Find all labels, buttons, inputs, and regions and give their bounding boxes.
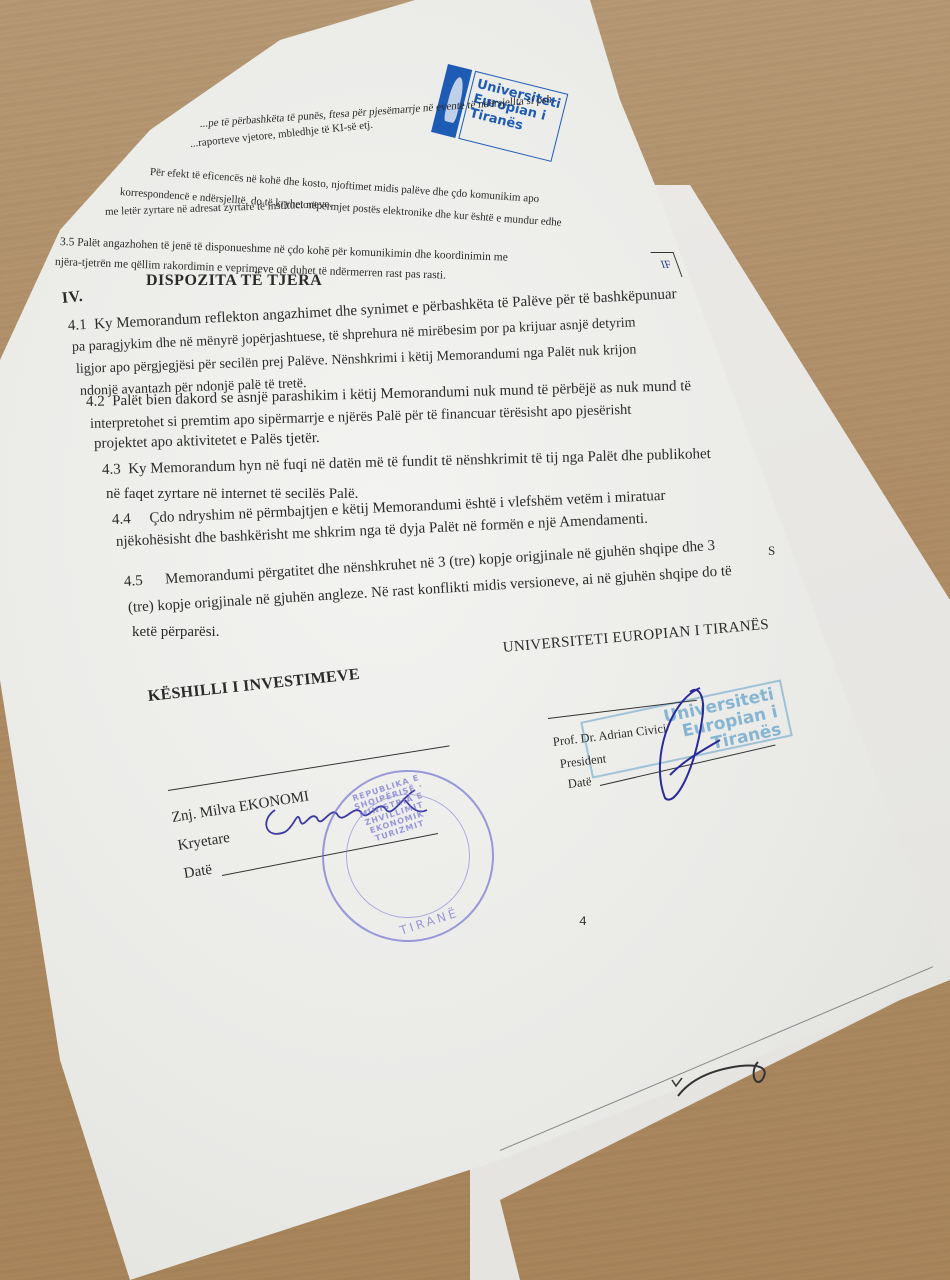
right-organization: UNIVERSITETI EUROPIAN I TIRANËS	[502, 617, 769, 657]
clause-line: ketë përparësi.	[132, 624, 219, 641]
right-date-label: Datë	[567, 774, 592, 792]
clause-4-3: 4.3 Ky Memorandum hyn në fuqi në datën m…	[102, 446, 711, 479]
left-date-label: Datë	[183, 862, 214, 883]
margin-mark: S	[768, 543, 775, 559]
fragment-line: me letër zyrtare në adresat zyrtare të i…	[105, 198, 332, 218]
page-number: 4	[579, 914, 587, 929]
left-organization: KËSHILLI I INVESTIMEVE	[147, 666, 361, 706]
right-signature-icon	[640, 680, 730, 810]
clause-line: në faqet zyrtare në internet të secilës …	[106, 486, 358, 503]
left-signatory-role: Kryetare	[177, 830, 231, 855]
initials-mark: IF	[650, 252, 682, 277]
university-logo: Universiteti Europian i Tiranës	[431, 64, 568, 162]
back-page-signature-icon	[670, 1050, 790, 1100]
section-number: IV.	[61, 288, 84, 308]
clause-line: projektet apo aktivitetet e Palës tjetër…	[94, 430, 320, 453]
document-content: Universiteti Europian i Tiranës ...pe të…	[0, 0, 950, 1280]
section-title: DISPOZITA TË TJERA	[146, 272, 322, 290]
